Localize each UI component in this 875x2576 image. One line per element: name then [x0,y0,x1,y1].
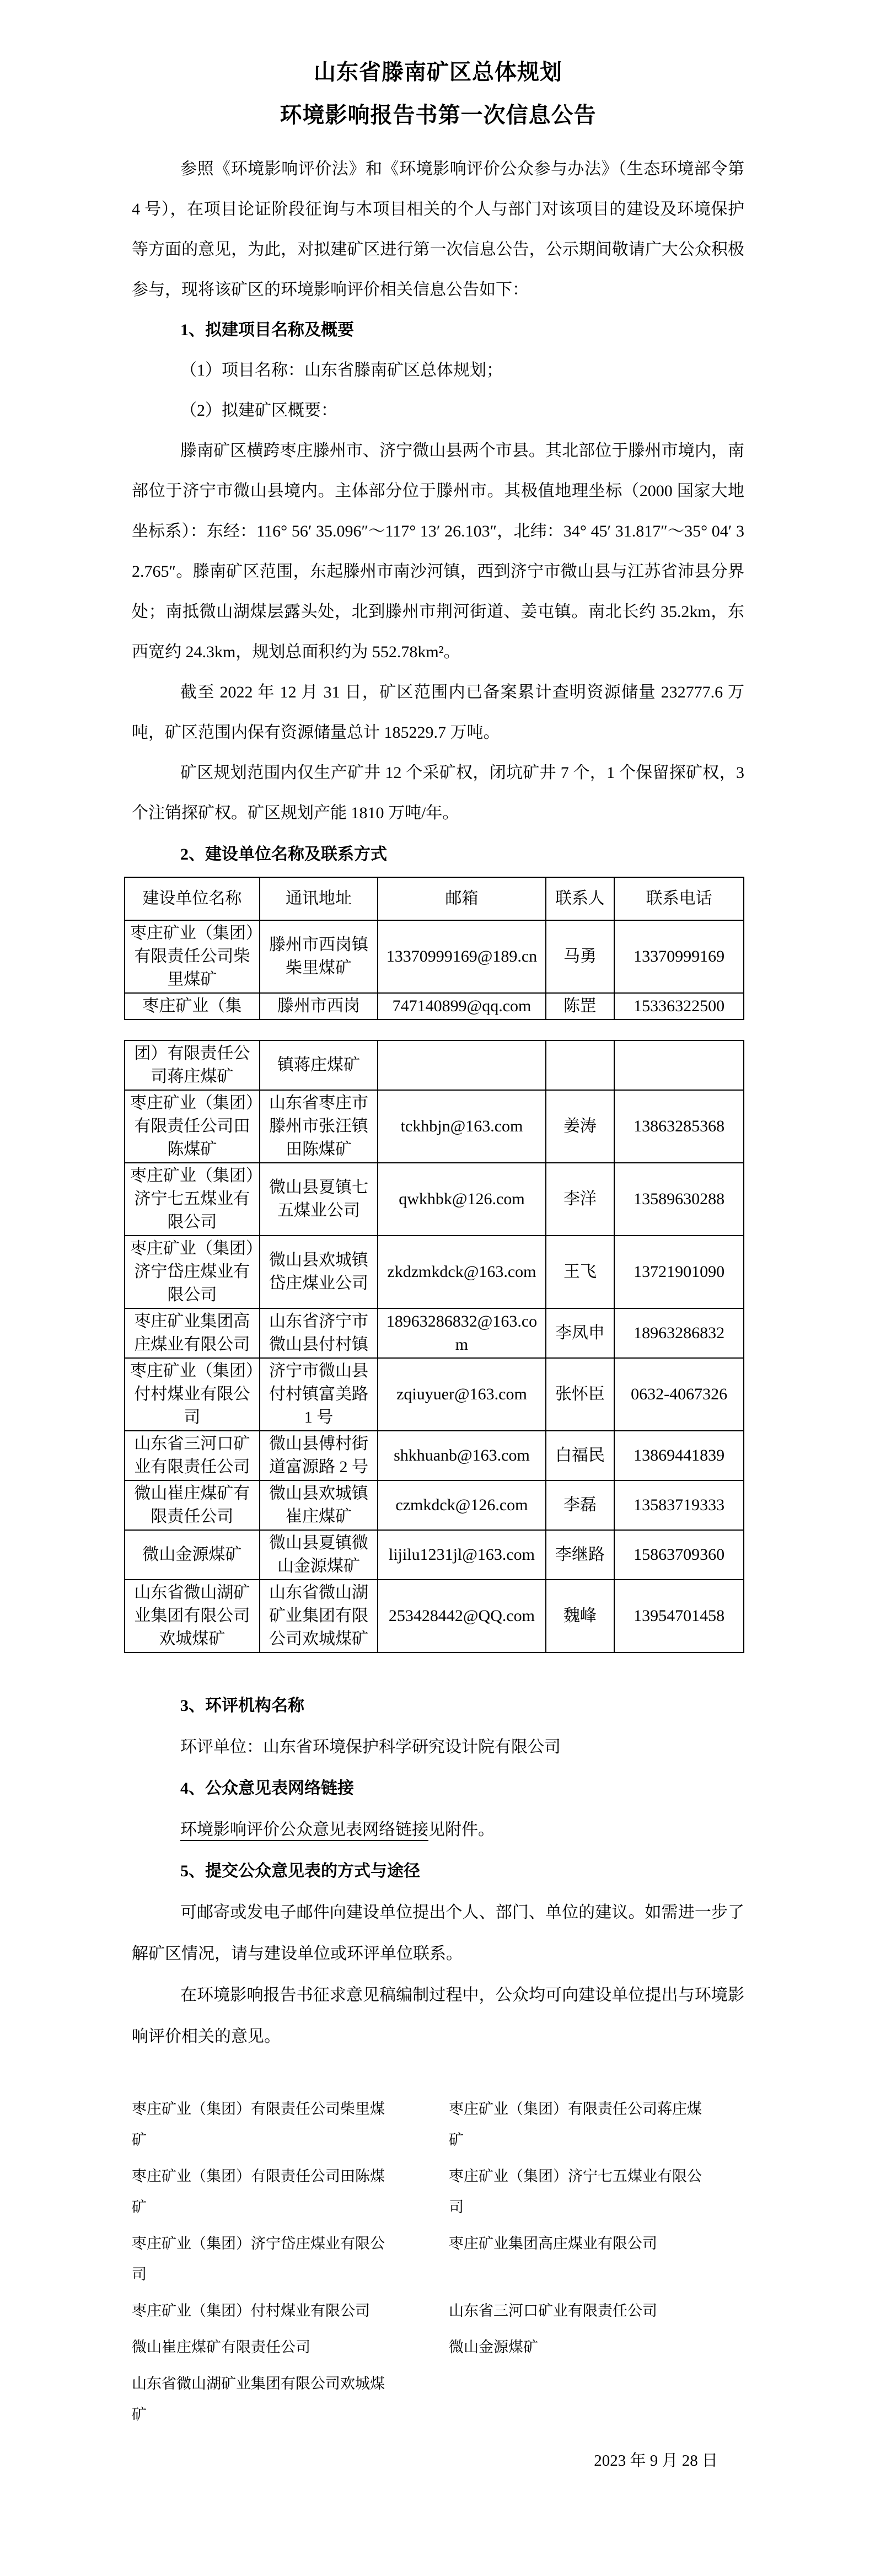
email-cell: 253428442@QQ.com [378,1580,545,1652]
email-cell [378,1040,545,1090]
unit-name-cell: 微山金源煤矿 [125,1530,260,1580]
contact-person-cell: 陈罡 [546,993,615,1019]
company-list-item [449,2368,709,2430]
address-cell: 滕州市西岗 [260,993,378,1019]
address-cell: 微山县欢城镇岱庄煤业公司 [260,1236,378,1308]
phone-cell: 13583719333 [614,1480,744,1530]
contact-table-header-row: 建设单位名称通讯地址邮箱联系人联系电话 [125,877,744,920]
section5-heading: 5、提交公众意见表的方式与途径 [132,1850,744,1892]
column-header-3: 联系人 [546,877,615,920]
unit-name-cell: 枣庄矿业（集 [125,993,260,1019]
address-cell: 济宁市微山县付村镇富美路 1 号 [260,1358,378,1431]
phone-cell: 15336322500 [614,993,744,1019]
contact-table-part2: 团）有限责任公司蒋庄煤矿镇蒋庄煤矿枣庄矿业（集团）有限责任公司田陈煤矿山东省枣庄… [124,1040,744,1653]
document-body: 参照《环境影响评价法》和《环境影响评价公众参与办法》（生态环境部令第 4 号），… [132,149,744,2477]
column-header-1: 通讯地址 [260,877,378,920]
document-page: 山东省滕南矿区总体规划 环境影响报告书第一次信息公告 参照《环境影响评价法》和《… [0,0,875,2576]
company-list-item: 枣庄矿业（集团）有限责任公司蒋庄煤矿 [449,2094,709,2155]
phone-cell: 18963286832 [614,1308,744,1358]
column-header-4: 联系电话 [614,877,744,920]
email-cell: czmkdck@126.com [378,1480,545,1530]
company-list-item: 枣庄矿业（集团）付村煤业有限公司 [132,2295,392,2326]
section2-heading: 2、建设单位名称及联系方式 [132,834,744,874]
contact-person-cell: 李洋 [546,1163,615,1236]
company-list-item: 枣庄矿业（集团）有限责任公司田陈煤矿 [132,2161,392,2223]
unit-name-cell: 微山崔庄煤矿有限责任公司 [125,1480,260,1530]
contact-person-cell: 马勇 [546,920,615,993]
email-cell: 747140899@qq.com [378,993,545,1019]
address-cell: 山东省枣庄市滕州市张汪镇田陈煤矿 [260,1090,378,1163]
phone-cell: 13370999169 [614,920,744,993]
email-cell: qwkhbk@126.com [378,1163,545,1236]
address-cell: 滕州市西岗镇柴里煤矿 [260,920,378,993]
section1-heading: 1、拟建项目名称及概要 [132,310,744,350]
email-cell: 18963286832@163.com [378,1308,545,1358]
unit-name-cell: 枣庄矿业（集团）有限责任公司田陈煤矿 [125,1090,260,1163]
address-cell: 微山县夏镇微山金源煤矿 [260,1530,378,1580]
title-line-1: 山东省滕南矿区总体规划 [132,51,744,94]
unit-name-cell: 山东省微山湖矿业集团有限公司欢城煤矿 [125,1580,260,1652]
contact-table-row: 山东省三河口矿业有限责任公司微山县傅村街道富源路 2 号shkhuanb@163… [125,1431,744,1480]
section3-heading: 3、环评机构名称 [132,1685,744,1726]
contact-person-cell [546,1040,615,1090]
project-name-item: （1）项目名称：山东省滕南矿区总体规划； [132,350,744,390]
public-comment-link-text: 环境影响评价公众意见表网络链接 [180,1821,428,1839]
contact-table-row: 微山崔庄煤矿有限责任公司微山县欢城镇崔庄煤矿czmkdck@126.com李磊1… [125,1480,744,1530]
intro-paragraph: 参照《环境影响评价法》和《环境影响评价公众参与办法》（生态环境部令第 4 号），… [132,149,744,310]
document-date: 2023 年 9 月 28 日 [132,2444,744,2477]
unit-name-cell: 枣庄矿业（集团）济宁七五煤业有限公司 [125,1163,260,1236]
public-comment-link-suffix: 见附件。 [428,1821,495,1839]
contact-person-cell: 李继路 [546,1530,615,1580]
page-break-gap [132,1020,744,1040]
contact-table-row: 枣庄矿业（集团）有限责任公司田陈煤矿山东省枣庄市滕州市张汪镇田陈煤矿tckhbj… [125,1090,744,1163]
contact-table-row: 枣庄矿业（集团）济宁七五煤业有限公司微山县夏镇七五煤业公司qwkhbk@126.… [125,1163,744,1236]
contact-table-row: 枣庄矿业集团高庄煤业有限公司山东省济宁市微山县付村镇18963286832@16… [125,1308,744,1358]
phone-cell: 13863285368 [614,1090,744,1163]
contact-table-row: 枣庄矿业（集团）有限责任公司柴里煤矿滕州市西岗镇柴里煤矿13370999169@… [125,920,744,993]
phone-cell: 13589630288 [614,1163,744,1236]
comment-period-paragraph: 在环境影响报告书征求意见稿编制过程中，公众均可向建设单位提出与环境影响评价相关的… [132,1974,744,2057]
company-list-item: 枣庄矿业（集团）济宁七五煤业有限公司 [449,2161,709,2223]
company-list-item: 枣庄矿业集团高庄煤业有限公司 [449,2228,709,2290]
company-list-item: 微山崔庄煤矿有限责任公司 [132,2332,392,2363]
phone-cell: 13954701458 [614,1580,744,1652]
signatory-company-list: 枣庄矿业（集团）有限责任公司柴里煤矿枣庄矿业（集团）有限责任公司蒋庄煤矿枣庄矿业… [132,2094,744,2430]
company-list-item: 枣庄矿业（集团）有限责任公司柴里煤矿 [132,2094,392,2155]
address-cell: 微山县欢城镇崔庄煤矿 [260,1480,378,1530]
mine-area-overview-paragraph: 滕南矿区横跨枣庄滕州市、济宁微山县两个市县。其北部位于滕州市境内，南部位于济宁市… [132,431,744,672]
company-list-item: 微山金源煤矿 [449,2332,709,2363]
address-cell: 山东省济宁市微山县付村镇 [260,1308,378,1358]
unit-name-cell: 团）有限责任公司蒋庄煤矿 [125,1040,260,1090]
phone-cell: 13721901090 [614,1236,744,1308]
contact-table-row: 微山金源煤矿微山县夏镇微山金源煤矿lijilu1231jl@163.com李继路… [125,1530,744,1580]
unit-name-cell: 枣庄矿业（集团）付村煤业有限公司 [125,1358,260,1431]
eia-agency-line: 环评单位：山东省环境保护科学研究设计院有限公司 [132,1726,744,1768]
column-header-0: 建设单位名称 [125,877,260,920]
phone-cell: 0632-4067326 [614,1358,744,1431]
contact-person-cell: 张怀臣 [546,1358,615,1431]
unit-name-cell: 山东省三河口矿业有限责任公司 [125,1431,260,1480]
contact-person-cell: 白福民 [546,1431,615,1480]
phone-cell: 13869441839 [614,1431,744,1480]
address-cell: 微山县夏镇七五煤业公司 [260,1163,378,1236]
email-cell: zkdzmkdck@163.com [378,1236,545,1308]
mining-rights-paragraph: 矿区规划范围内仅生产矿井 12 个采矿权，闭坑矿井 7 个，1 个保留探矿权，3… [132,753,744,833]
column-header-2: 邮箱 [378,877,545,920]
company-list-item: 山东省三河口矿业有限责任公司 [449,2295,709,2326]
contact-person-cell: 姜涛 [546,1090,615,1163]
mine-area-item: （2）拟建矿区概要： [132,390,744,431]
contact-table-row: 枣庄矿业（集团）付村煤业有限公司济宁市微山县付村镇富美路 1 号zqiuyuer… [125,1358,744,1431]
email-cell: lijilu1231jl@163.com [378,1530,545,1580]
public-comment-link-line: 环境影响评价公众意见表网络链接见附件。 [132,1809,744,1850]
company-list-item: 枣庄矿业（集团）济宁岱庄煤业有限公司 [132,2228,392,2290]
document-tail-sections: 3、环评机构名称 环评单位：山东省环境保护科学研究设计院有限公司 4、公众意见表… [132,1685,744,2057]
address-cell: 山东省微山湖矿业集团有限公司欢城煤矿 [260,1580,378,1652]
submission-method-paragraph: 可邮寄或发电子邮件向建设单位提出个人、部门、单位的建议。如需进一步了解矿区情况，… [132,1892,744,1974]
document-title: 山东省滕南矿区总体规划 环境影响报告书第一次信息公告 [132,51,744,137]
unit-name-cell: 枣庄矿业（集团）济宁岱庄煤业有限公司 [125,1236,260,1308]
unit-name-cell: 枣庄矿业（集团）有限责任公司柴里煤矿 [125,920,260,993]
section4-heading: 4、公众意见表网络链接 [132,1768,744,1809]
company-list-item: 山东省微山湖矿业集团有限公司欢城煤矿 [132,2368,392,2430]
phone-cell [614,1040,744,1090]
contact-person-cell: 魏峰 [546,1580,615,1652]
contact-person-cell: 王飞 [546,1236,615,1308]
title-line-2: 环境影响报告书第一次信息公告 [132,94,744,137]
contact-table-row: 团）有限责任公司蒋庄煤矿镇蒋庄煤矿 [125,1040,744,1090]
phone-cell: 15863709360 [614,1530,744,1580]
email-cell: zqiuyuer@163.com [378,1358,545,1431]
contact-table-row: 山东省微山湖矿业集团有限公司欢城煤矿山东省微山湖矿业集团有限公司欢城煤矿2534… [125,1580,744,1652]
contact-table-row: 枣庄矿业（集团）济宁岱庄煤业有限公司微山县欢城镇岱庄煤业公司zkdzmkdck@… [125,1236,744,1308]
contact-person-cell: 李磊 [546,1480,615,1530]
reserves-paragraph: 截至 2022 年 12 月 31 日，矿区范围内已备案累计查明资源储量 232… [132,672,744,753]
email-cell: shkhuanb@163.com [378,1431,545,1480]
email-cell: tckhbjn@163.com [378,1090,545,1163]
contact-person-cell: 李凤申 [546,1308,615,1358]
contact-table-part1: 建设单位名称通讯地址邮箱联系人联系电话 枣庄矿业（集团）有限责任公司柴里煤矿滕州… [124,877,744,1020]
unit-name-cell: 枣庄矿业集团高庄煤业有限公司 [125,1308,260,1358]
address-cell: 镇蒋庄煤矿 [260,1040,378,1090]
contact-table-row: 枣庄矿业（集滕州市西岗747140899@qq.com陈罡15336322500 [125,993,744,1019]
email-cell: 13370999169@189.cn [378,920,545,993]
address-cell: 微山县傅村街道富源路 2 号 [260,1431,378,1480]
